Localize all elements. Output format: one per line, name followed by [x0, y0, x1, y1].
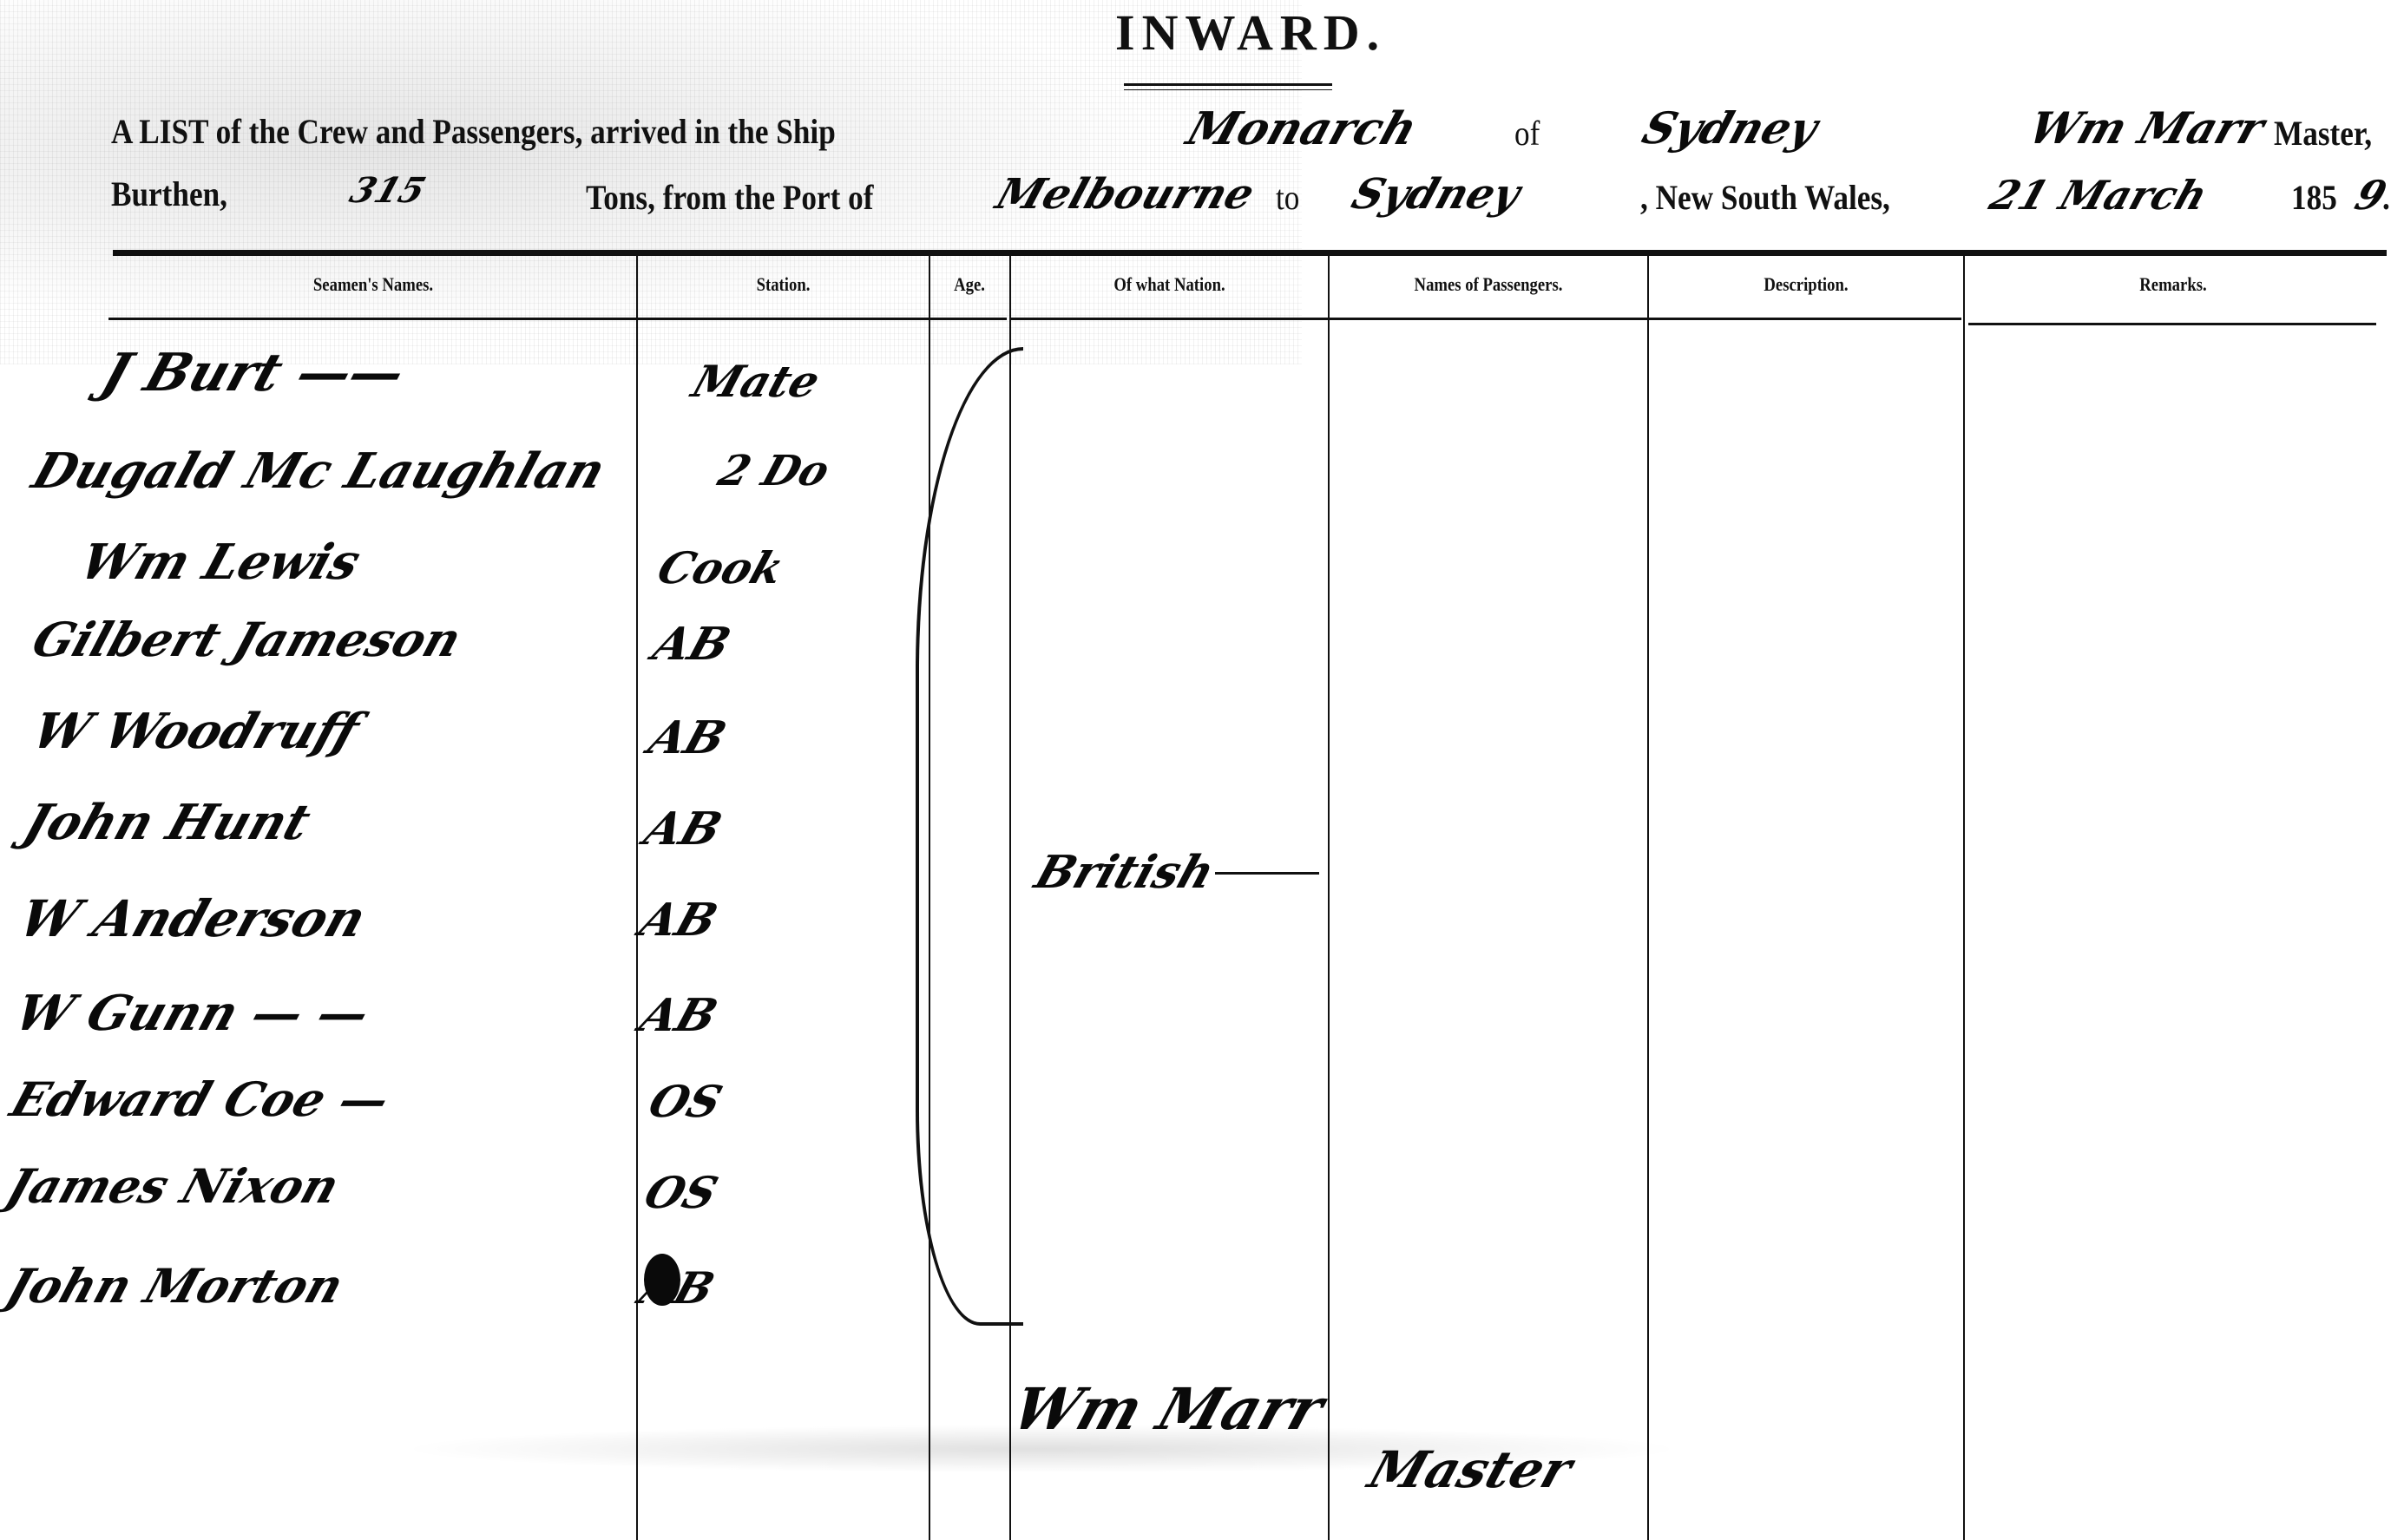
year-period: .: [2382, 177, 2390, 218]
nation-flourish: [1215, 872, 1319, 875]
seaman-name: Edward Coe —: [4, 1071, 397, 1127]
ship-port-field: Sydney: [1636, 102, 1824, 154]
page-title: INWARD.: [1115, 3, 1386, 62]
master-name-field: Wm Marr: [2022, 102, 2270, 154]
column-header-passengers: Names of Passengers.: [1353, 273, 1623, 296]
seaman-station: Cook: [651, 542, 790, 593]
seaman-name: W Anderson: [12, 889, 373, 948]
list-intro-label: A LIST of the Crew and Passengers, arriv…: [111, 111, 836, 152]
signature-title: Master: [1362, 1440, 1580, 1499]
column-divider: [636, 252, 638, 1540]
column-header-nation: Of what Nation.: [1035, 273, 1304, 296]
ship-name-field: Monarch: [1180, 102, 1423, 155]
year-printed: 185: [2291, 177, 2337, 218]
signature-name: Wm Marr: [1004, 1375, 1332, 1443]
burthen-label: Burthen,: [111, 174, 227, 214]
header-underline: [638, 318, 1007, 320]
column-divider: [1328, 252, 1330, 1540]
seaman-station: OS: [638, 1167, 724, 1218]
master-label: Master,: [2274, 113, 2372, 154]
burthen-value: 315: [345, 170, 430, 211]
seaman-station: Mate: [686, 356, 826, 407]
date-field: 21 March: [1984, 172, 2213, 219]
header-underline: [1968, 323, 2376, 325]
seaman-station: AB: [634, 894, 724, 947]
header-underline: [1011, 318, 1961, 320]
ink-blot: [644, 1254, 680, 1306]
title-underline: [1124, 83, 1332, 90]
nation-entry: British: [1028, 846, 1221, 899]
seaman-station: AB: [647, 618, 737, 671]
seaman-station: 2 Do: [713, 447, 836, 495]
header-underline: [108, 318, 636, 320]
colony-label: , New South Wales,: [1640, 177, 1890, 218]
from-port-field: Melbourne: [990, 170, 1260, 219]
column-header-seamens-names: Seamen's Names.: [152, 273, 594, 296]
seaman-name: James Nixon: [0, 1158, 346, 1214]
column-divider: [1647, 252, 1649, 1540]
to-label: to: [1276, 177, 1299, 218]
seaman-name: John Hunt: [16, 794, 317, 851]
column-header-station: Station.: [660, 273, 907, 296]
seaman-name: Wm Lewis: [73, 534, 367, 591]
grouping-brace: [916, 347, 1023, 1326]
table-top-rule: [113, 250, 2387, 256]
to-port-field: Sydney: [1346, 170, 1527, 219]
seaman-station: AB: [638, 803, 728, 855]
column-header-description: Description.: [1672, 273, 1940, 296]
seaman-name: W Gunn — —: [8, 985, 377, 1042]
seaman-station: OS: [642, 1076, 728, 1127]
seaman-name: John Morton: [0, 1258, 351, 1314]
seaman-name: Gilbert Jameson: [26, 612, 469, 667]
seaman-name: W Woodruff: [25, 703, 366, 760]
column-header-remarks: Remarks.: [1996, 273, 2350, 296]
seaman-station: AB: [642, 711, 732, 764]
column-header-age: Age.: [936, 273, 1003, 296]
seaman-station: AB: [634, 989, 724, 1042]
of-label: of: [1514, 113, 1540, 154]
seaman-name: J Burt ——: [95, 343, 413, 403]
seaman-name: Dugald Mc Laughlan: [25, 442, 612, 500]
tons-from-port-label: Tons, from the Port of: [586, 177, 873, 218]
column-divider: [1963, 252, 1965, 1540]
